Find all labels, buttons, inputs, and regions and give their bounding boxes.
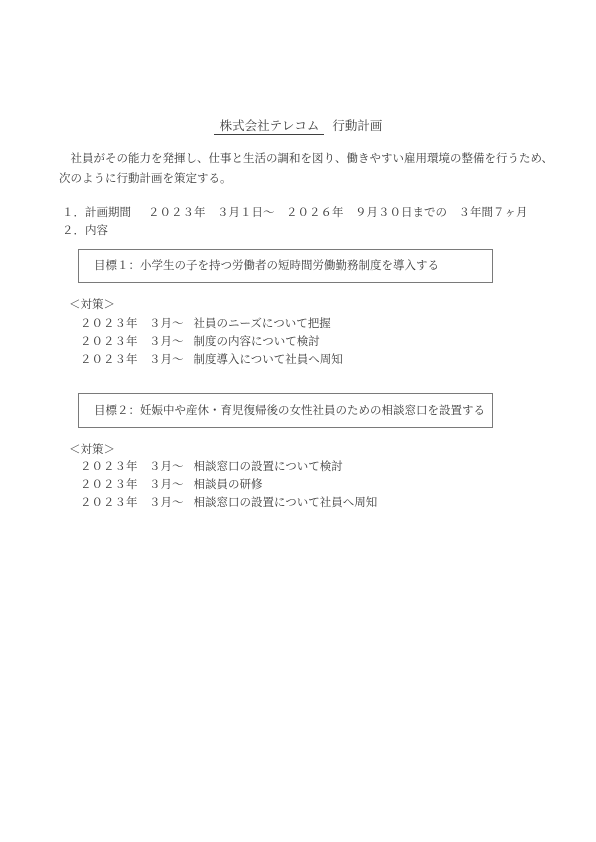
measure-period: ２０２３年 ３月～ — [80, 354, 184, 366]
measure-period: ２０２３年 ３月～ — [80, 497, 184, 509]
measure-action: 相談窓口の設置について社員へ周知 — [194, 497, 378, 509]
measure-period: ２０２３年 ３月～ — [80, 461, 184, 473]
goal-box-2: 目標２：妊娠中や産休・育児復帰後の女性社員のための相談窓口を設置する — [78, 393, 493, 428]
document-page: 株式会社テレコム行動計画 社員がその能力を発揮し、仕事と生活の調和を図り、働きや… — [0, 0, 596, 842]
measure-period: ２０２３年 ３月～ — [80, 336, 184, 348]
measure-row: ２０２３年 ３月～社員のニーズについて把握 — [80, 317, 331, 331]
measure-period: ２０２３年 ３月～ — [80, 479, 184, 491]
goal-1-text: 目標１：小学生の子を持つ労働者の短時間労働勤務制度を導入する — [94, 259, 439, 273]
measure-action: 制度の内容について検討 — [194, 336, 320, 348]
measure-row: ２０２３年 ３月～相談窓口の設置について社員へ周知 — [80, 496, 377, 510]
title-suffix: 行動計画 — [332, 119, 382, 133]
measure-row: ２０２３年 ３月～相談窓口の設置について検討 — [80, 460, 343, 474]
measure-period: ２０２３年 ３月～ — [80, 318, 184, 330]
measure-action: 相談窓口の設置について検討 — [194, 461, 343, 473]
intro-line-2: 次のように行動計画を策定する。 — [59, 172, 232, 186]
goal-box-1: 目標１：小学生の子を持つ労働者の短時間労働勤務制度を導入する — [78, 249, 493, 283]
measure-action: 制度導入について社員へ周知 — [194, 354, 343, 366]
company-name-underlined: 株式会社テレコム — [214, 119, 325, 135]
measure-row: ２０２３年 ３月～相談員の研修 — [80, 478, 263, 492]
contents-label: ２．内容 — [62, 224, 108, 238]
measures-header-2: ＜対策＞ — [69, 443, 115, 457]
plan-period-label: １．計画期間 — [62, 207, 131, 219]
plan-period-value: ２０２３年 ３月１日～ ２０２６年 ９月３０日までの ３年間７ヶ月 — [148, 207, 528, 219]
goal-2-text: 目標２：妊娠中や産休・育児復帰後の女性社員のための相談窓口を設置する — [94, 404, 485, 418]
measure-action: 社員のニーズについて把握 — [194, 318, 331, 330]
measure-row: ２０２３年 ３月～制度導入について社員へ周知 — [80, 353, 343, 367]
document-title: 株式会社テレコム行動計画 — [0, 119, 596, 135]
measures-header-1: ＜対策＞ — [69, 298, 115, 312]
measure-action: 相談員の研修 — [194, 479, 263, 491]
intro-line-1: 社員がその能力を発揮し、仕事と生活の調和を図り、働きやすい雇用環境の整備を行うた… — [59, 152, 553, 166]
plan-period-line: １．計画期間２０２３年 ３月１日～ ２０２６年 ９月３０日までの ３年間７ヶ月 — [62, 206, 528, 220]
measure-row: ２０２３年 ３月～制度の内容について検討 — [80, 335, 320, 349]
